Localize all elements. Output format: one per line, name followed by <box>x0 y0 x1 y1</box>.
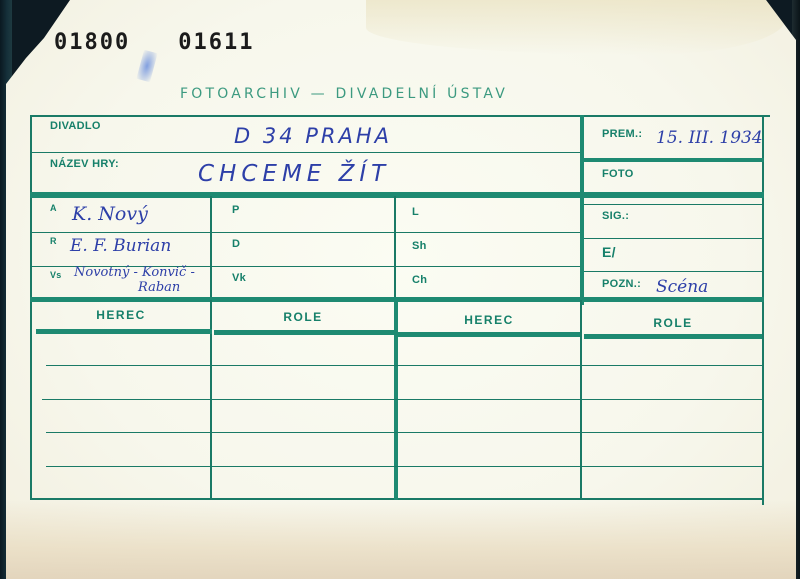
value-prem: 15. III. 1934 <box>656 128 763 148</box>
label-e: E/ <box>602 244 616 260</box>
label-prem: PREM.: <box>602 128 642 140</box>
value-pozn: Scéna <box>656 277 708 297</box>
divider-e <box>584 271 764 272</box>
label-vk: Vk <box>232 272 246 284</box>
label-ch: Ch <box>412 274 427 286</box>
value-a: K. Nový <box>72 203 148 225</box>
cast-header-underline-1 <box>36 329 212 334</box>
table-row <box>46 365 762 366</box>
divider-thick-1 <box>30 192 764 198</box>
cast-col-divider-3 <box>580 300 582 500</box>
serial-left: 01800 <box>54 30 130 55</box>
frame-right <box>762 115 764 505</box>
archive-title: FOTOARCHIV — DIVADELNÍ ÚSTAV <box>180 86 508 102</box>
divider-divadlo <box>30 152 580 153</box>
value-vs-line1: Novotný - Konvič - <box>74 265 195 280</box>
cast-header-herec-2: HEREC <box>398 313 580 327</box>
divider-sig <box>584 238 764 239</box>
table-row <box>46 432 762 433</box>
right-panel-divider <box>580 115 584 305</box>
water-stain-bottom <box>6 500 796 579</box>
value-vs-line2: Raban <box>138 280 180 295</box>
value-r: E. F. Burian <box>70 236 171 256</box>
label-a: A <box>50 203 57 213</box>
frame-top <box>30 115 770 117</box>
label-p: P <box>232 204 240 216</box>
value-divadlo: D 34 PRAHA <box>234 124 392 148</box>
label-divadlo: DIVADLO <box>50 120 101 132</box>
cast-header-underline-3 <box>398 332 580 337</box>
divider-prem <box>580 158 764 162</box>
cast-header-herec-1: HEREC <box>32 308 210 322</box>
cast-header-underline-2 <box>214 330 394 335</box>
label-pozn: POZN.: <box>602 278 641 290</box>
table-row <box>46 466 762 467</box>
cast-header-role-1: ROLE <box>212 310 394 324</box>
label-vs: Vs <box>50 270 62 280</box>
credits-col-divider-1 <box>210 196 212 300</box>
label-l: L <box>412 206 419 218</box>
divider-foto <box>584 204 764 205</box>
credits-row-divider-1 <box>30 232 580 233</box>
ink-smudge <box>137 50 158 83</box>
label-foto: FOTO <box>602 168 634 180</box>
cast-header-underline-4 <box>584 334 762 339</box>
label-d: D <box>232 238 240 250</box>
serial-right: 01611 <box>178 30 254 55</box>
label-r: R <box>50 236 57 246</box>
cast-col-divider-center <box>394 300 398 500</box>
label-sig: SIG.: <box>602 210 629 222</box>
serial-numbers: 0180001611 <box>54 30 254 55</box>
label-nazev-hry: NÁZEV HRY: <box>50 158 119 170</box>
water-stain-top <box>366 0 786 55</box>
value-nazev-hry: CHCEME ŽÍT <box>198 161 390 187</box>
table-row <box>42 399 762 400</box>
cast-header-role-2: ROLE <box>582 316 764 330</box>
label-sh: Sh <box>412 240 427 252</box>
credits-col-divider-2 <box>394 196 396 300</box>
archive-card: 0180001611 FOTOARCHIV — DIVADELNÍ ÚSTAV … <box>6 0 796 579</box>
